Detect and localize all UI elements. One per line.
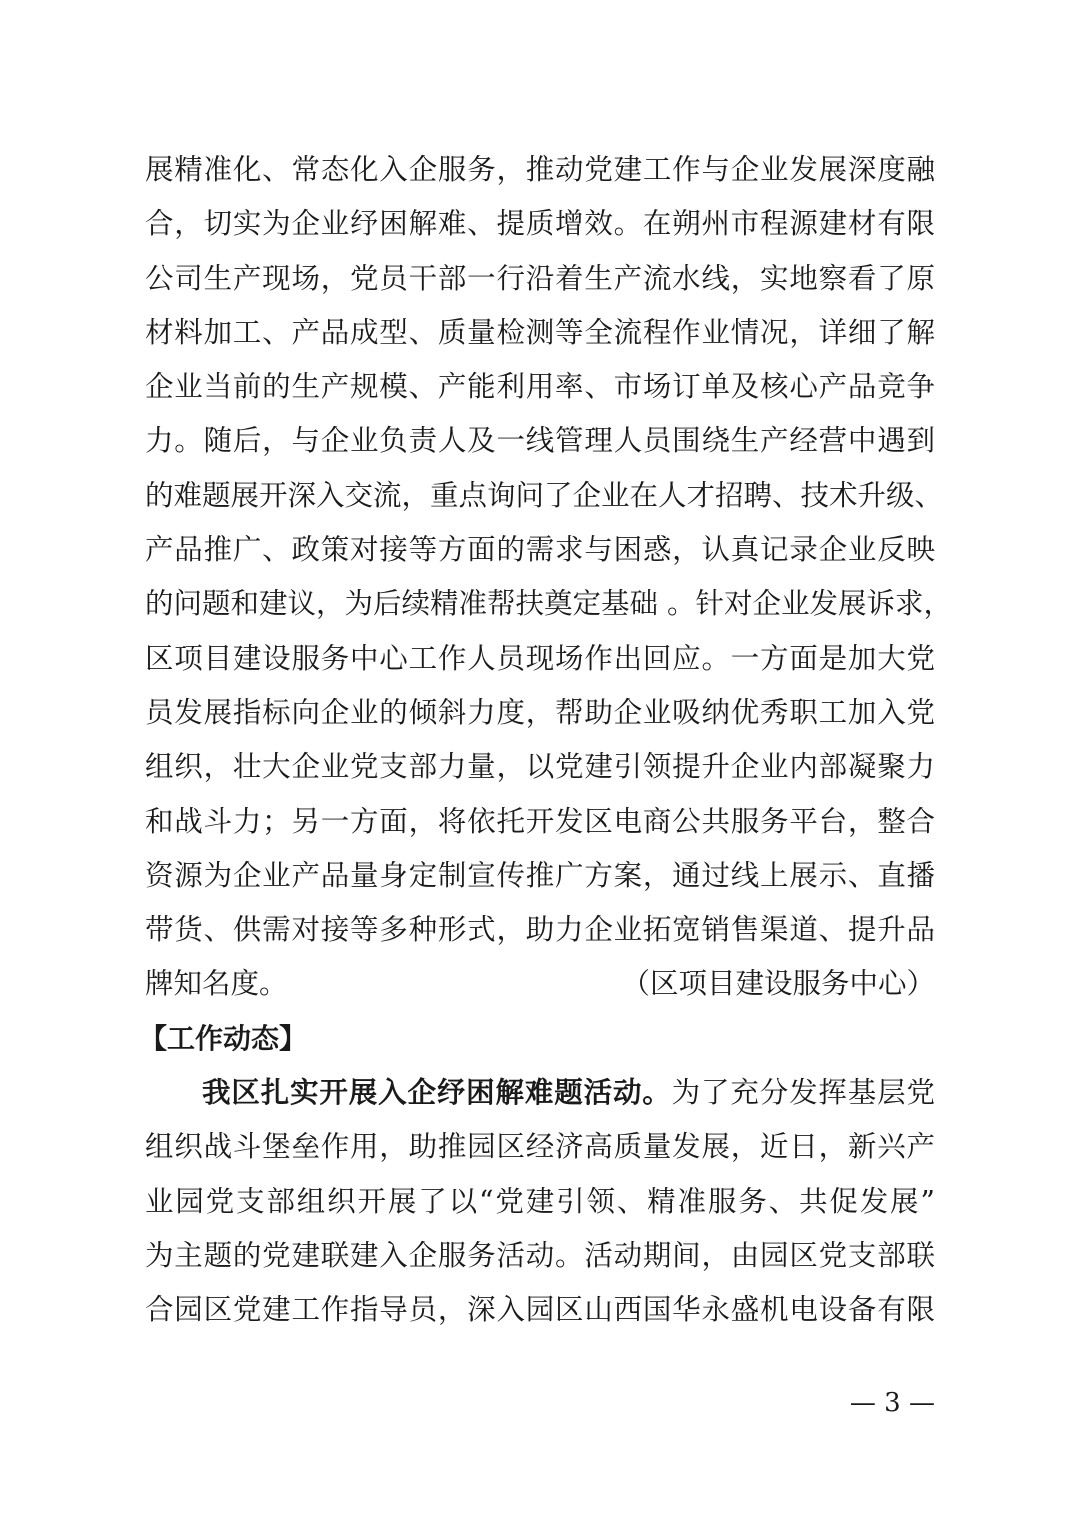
paragraph-last-text: 牌知名度。 [145, 957, 288, 1011]
paragraph-closing-line: 牌知名度。 （区项目建设服务中心） [145, 957, 935, 1011]
paragraph-line: 区项目建设服务中心工作人员现场作出回应。一方面是加大党 [145, 632, 935, 686]
paragraph-line: 展精准化、常态化入企服务，推动党建工作与企业发展深度融 [145, 143, 935, 197]
paragraph-line: 公司生产现场，党员干部一行沿着生产流水线，实地察看了原 [145, 252, 935, 306]
body-text: 展精准化、常态化入企服务，推动党建工作与企业发展深度融 合，切实为企业纾困解难、… [145, 143, 935, 1338]
paragraph-line: 力。随后，与企业负责人及一线管理人员围绕生产经营中遇到 [145, 414, 935, 468]
paragraph-line: 员发展指标向企业的倾斜力度，帮助企业吸纳优秀职工加入党 [145, 686, 935, 740]
paragraph-line: 合，切实为企业纾困解难、提质增效。在朔州市程源建材有限 [145, 197, 935, 251]
paragraph-line: 企业当前的生产规模、产能利用率、市场订单及核心产品竞争 [145, 360, 935, 414]
paragraph-first-line: 我区扎实开展入企纾困解难题活动。为了充分发挥基层党 [145, 1066, 935, 1120]
paragraph-line: 的难题展开深入交流，重点询问了企业在人才招聘、技术升级、 [145, 469, 935, 523]
paragraph-lead-title: 我区扎实开展入企纾困解难题活动。 [202, 1076, 672, 1109]
paragraph-line: 组织战斗堡垒作用，助推园区经济高质量发展，近日，新兴产 [145, 1120, 935, 1174]
document-page: 展精准化、常态化入企服务，推动党建工作与企业发展深度融 合，切实为企业纾困解难、… [0, 0, 1074, 1520]
paragraph-first-line-text: 为了充分发挥基层党 [672, 1076, 935, 1109]
page-number: — 3 — [835, 1388, 935, 1418]
paragraph-line: 产品推广、政策对接等方面的需求与困惑，认真记录企业反映 [145, 523, 935, 577]
paragraph-line: 材料加工、产品成型、质量检测等全流程作业情况，详细了解 [145, 306, 935, 360]
paragraph-line: 资源为企业产品量身定制宣传推广方案，通过线上展示、直播 [145, 849, 935, 903]
paragraph-line: 的问题和建议，为后续精准帮扶奠定基础 。针对企业发展诉求， [145, 577, 935, 631]
source-attribution: （区项目建设服务中心） [621, 957, 935, 1011]
paragraph-line: 组织，壮大企业党支部力量，以党建引领提升企业内部凝聚力 [145, 740, 935, 794]
paragraph-line: 合园区党建工作指导员，深入园区山西国华永盛机电设备有限 [145, 1283, 935, 1337]
paragraph-line: 和战斗力；另一方面，将依托开发区电商公共服务平台，整合 [145, 795, 935, 849]
paragraph-line: 为主题的党建联建入企服务活动。活动期间，由园区党支部联 [145, 1229, 935, 1283]
paragraph-line: 带货、供需对接等多种形式，助力企业拓宽销售渠道、提升品 [145, 903, 935, 957]
paragraph-line: 业园党支部组织开展了以“党建引领、精准服务、共促发展” [145, 1175, 935, 1229]
section-heading: 【工作动态】 [139, 1012, 935, 1066]
